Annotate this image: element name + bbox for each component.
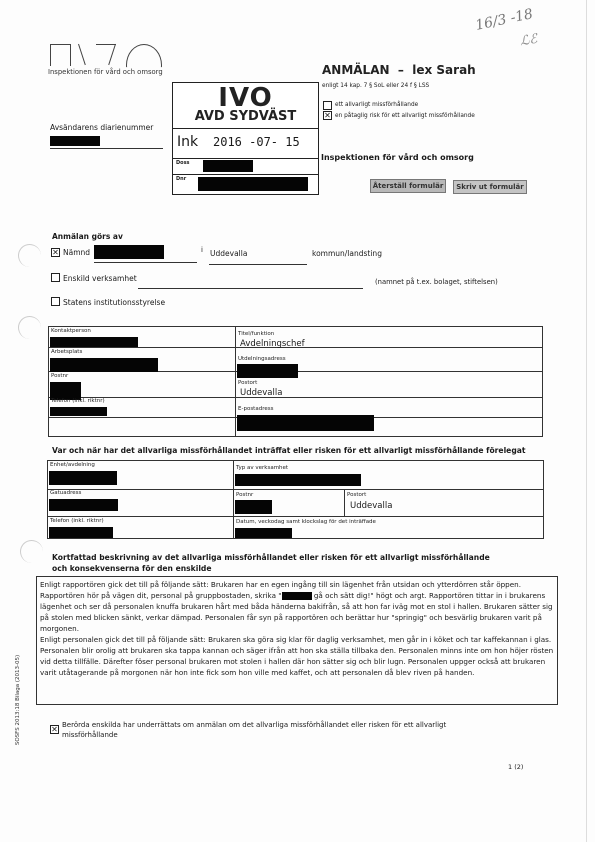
page-number: 1 (2) (508, 763, 523, 771)
description-textarea[interactable]: Enligt rapportören gick det till på följ… (36, 576, 558, 705)
stamp-doss-label: Doss (176, 160, 190, 166)
description-title-1: Kortfattad beskrivning av det allvarliga… (52, 553, 490, 562)
option-risk-misconduct: en påtaglig risk för ett allvarligt miss… (335, 113, 475, 119)
ivo-logo (48, 42, 166, 68)
redacted-workplace[interactable] (50, 358, 158, 372)
stamp-ink-label: Ink (177, 134, 198, 150)
municipality-value[interactable]: Uddevalla (210, 249, 247, 258)
checkbox-namnd[interactable]: ✕ (51, 248, 60, 257)
redacted-email[interactable] (237, 415, 374, 431)
handwritten-date: 16/3 -18 (474, 6, 534, 34)
redacted-street[interactable] (49, 499, 118, 511)
redacted-datetime[interactable] (235, 528, 292, 538)
state-board-label: Statens institutionsstyrelse (63, 298, 165, 307)
contact-table: Kontaktperson Titel/funktion Avdelningsc… (48, 326, 543, 437)
private-label: Enskild verksamhet (63, 274, 137, 283)
title-label: Titel/funktion (238, 331, 274, 337)
email-label: E-postadress (238, 406, 273, 412)
private-name-field[interactable] (138, 288, 363, 289)
punch-hole (18, 244, 41, 267)
datetime-label: Datum, veckodag samt klockslag för det i… (236, 519, 376, 525)
private-hint: (namnet på t.ex. bolaget, stiftelsen) (375, 278, 498, 286)
postcode-label: Postnr (51, 373, 68, 379)
recipient-agency: Inspektionen för vård och omsorg (321, 153, 474, 162)
description-part-2: Enligt personalen gick det till på följa… (40, 634, 554, 678)
redacted-loc-postcode[interactable] (235, 500, 272, 514)
form-legal-basis: enligt 14 kap. 7 § SoL eller 24 f § LSS (322, 83, 429, 89)
location-table: Enhet/avdelning Typ av verksamhet Gatuad… (47, 460, 544, 539)
unit-label: Enhet/avdelning (50, 462, 95, 468)
form-title: ANMÄLAN – lex Sarah (322, 63, 476, 77)
loc-city-value[interactable]: Uddevalla (350, 501, 392, 511)
checkbox-risk-misconduct[interactable]: ✕ (323, 111, 332, 120)
redacted-doss (203, 160, 253, 172)
print-form-button[interactable]: Skriv ut formulär (453, 180, 527, 194)
business-type-label: Typ av verksamhet (236, 465, 288, 471)
redacted-loc-phone[interactable] (49, 527, 113, 538)
stamp-ink-date: 2016 -07- 15 (213, 135, 300, 149)
street-label: Gatuadress (50, 490, 81, 496)
punch-hole (20, 540, 43, 563)
stamp-region: AVD SYDVÄST (173, 109, 318, 124)
redacted-diary-number (50, 136, 100, 146)
redacted-contact-person[interactable] (50, 337, 138, 347)
title-value[interactable]: Avdelningschef (240, 339, 305, 349)
received-stamp: IVO AVD SYDVÄST Ink 2016 -07- 15 Doss Dn… (172, 82, 319, 195)
reset-form-button[interactable]: Återställ formulär (370, 179, 446, 193)
checkbox-notified[interactable]: ✕ (50, 725, 59, 734)
contact-person-label: Kontaktperson (51, 328, 91, 334)
side-regulation-text: SOSFS 2013:18 Bilaga (2013-05) (15, 655, 21, 745)
checkbox-private[interactable] (51, 273, 60, 282)
redacted-unit[interactable] (49, 471, 117, 485)
stamp-dnr-label: Dnr (176, 176, 186, 182)
checkbox-state-board[interactable] (51, 297, 60, 306)
workplace-label: Arbetsplats (51, 349, 82, 355)
logo-tagline: Inspektionen för vård och omsorg (48, 68, 163, 76)
redacted-name-inline (282, 592, 312, 600)
reporter-section-title: Anmälan görs av (52, 232, 123, 241)
redacted-postal-address[interactable] (237, 364, 298, 378)
loc-phone-label: Telefon (inkl. riktnr) (50, 518, 104, 524)
municipality-suffix: kommun/landsting (312, 249, 382, 258)
location-section-title: Var och när har det allvarliga missförhå… (52, 446, 526, 455)
namnd-label: Nämnd (63, 248, 90, 257)
description-title-2: och konsekvenserna för den enskilde (52, 564, 212, 573)
city-label: Postort (238, 380, 257, 386)
redacted-namnd (94, 245, 164, 259)
redacted-business-type[interactable] (235, 474, 361, 486)
i-label: i (201, 246, 203, 254)
phone-label: Telefon (inkl. riktnr) (51, 398, 105, 404)
notified-label: Berörda enskilda har underrättats om anm… (62, 721, 482, 740)
city-value[interactable]: Uddevalla (240, 388, 282, 398)
punch-hole (18, 316, 41, 339)
redacted-phone[interactable] (50, 407, 107, 416)
scan-edge (586, 0, 587, 842)
redacted-dnr (198, 177, 308, 191)
checkbox-serious-misconduct[interactable] (323, 101, 332, 110)
option-serious-misconduct: ett allvarligt missförhållande (335, 102, 418, 108)
sender-diary-label: Avsändarens diarienummer (50, 123, 153, 132)
loc-postcode-label: Postnr (236, 492, 253, 498)
handwritten-initials: ℒℰ (519, 32, 539, 50)
postal-address-label: Utdelningsadress (238, 356, 286, 362)
loc-city-label: Postort (347, 492, 366, 498)
